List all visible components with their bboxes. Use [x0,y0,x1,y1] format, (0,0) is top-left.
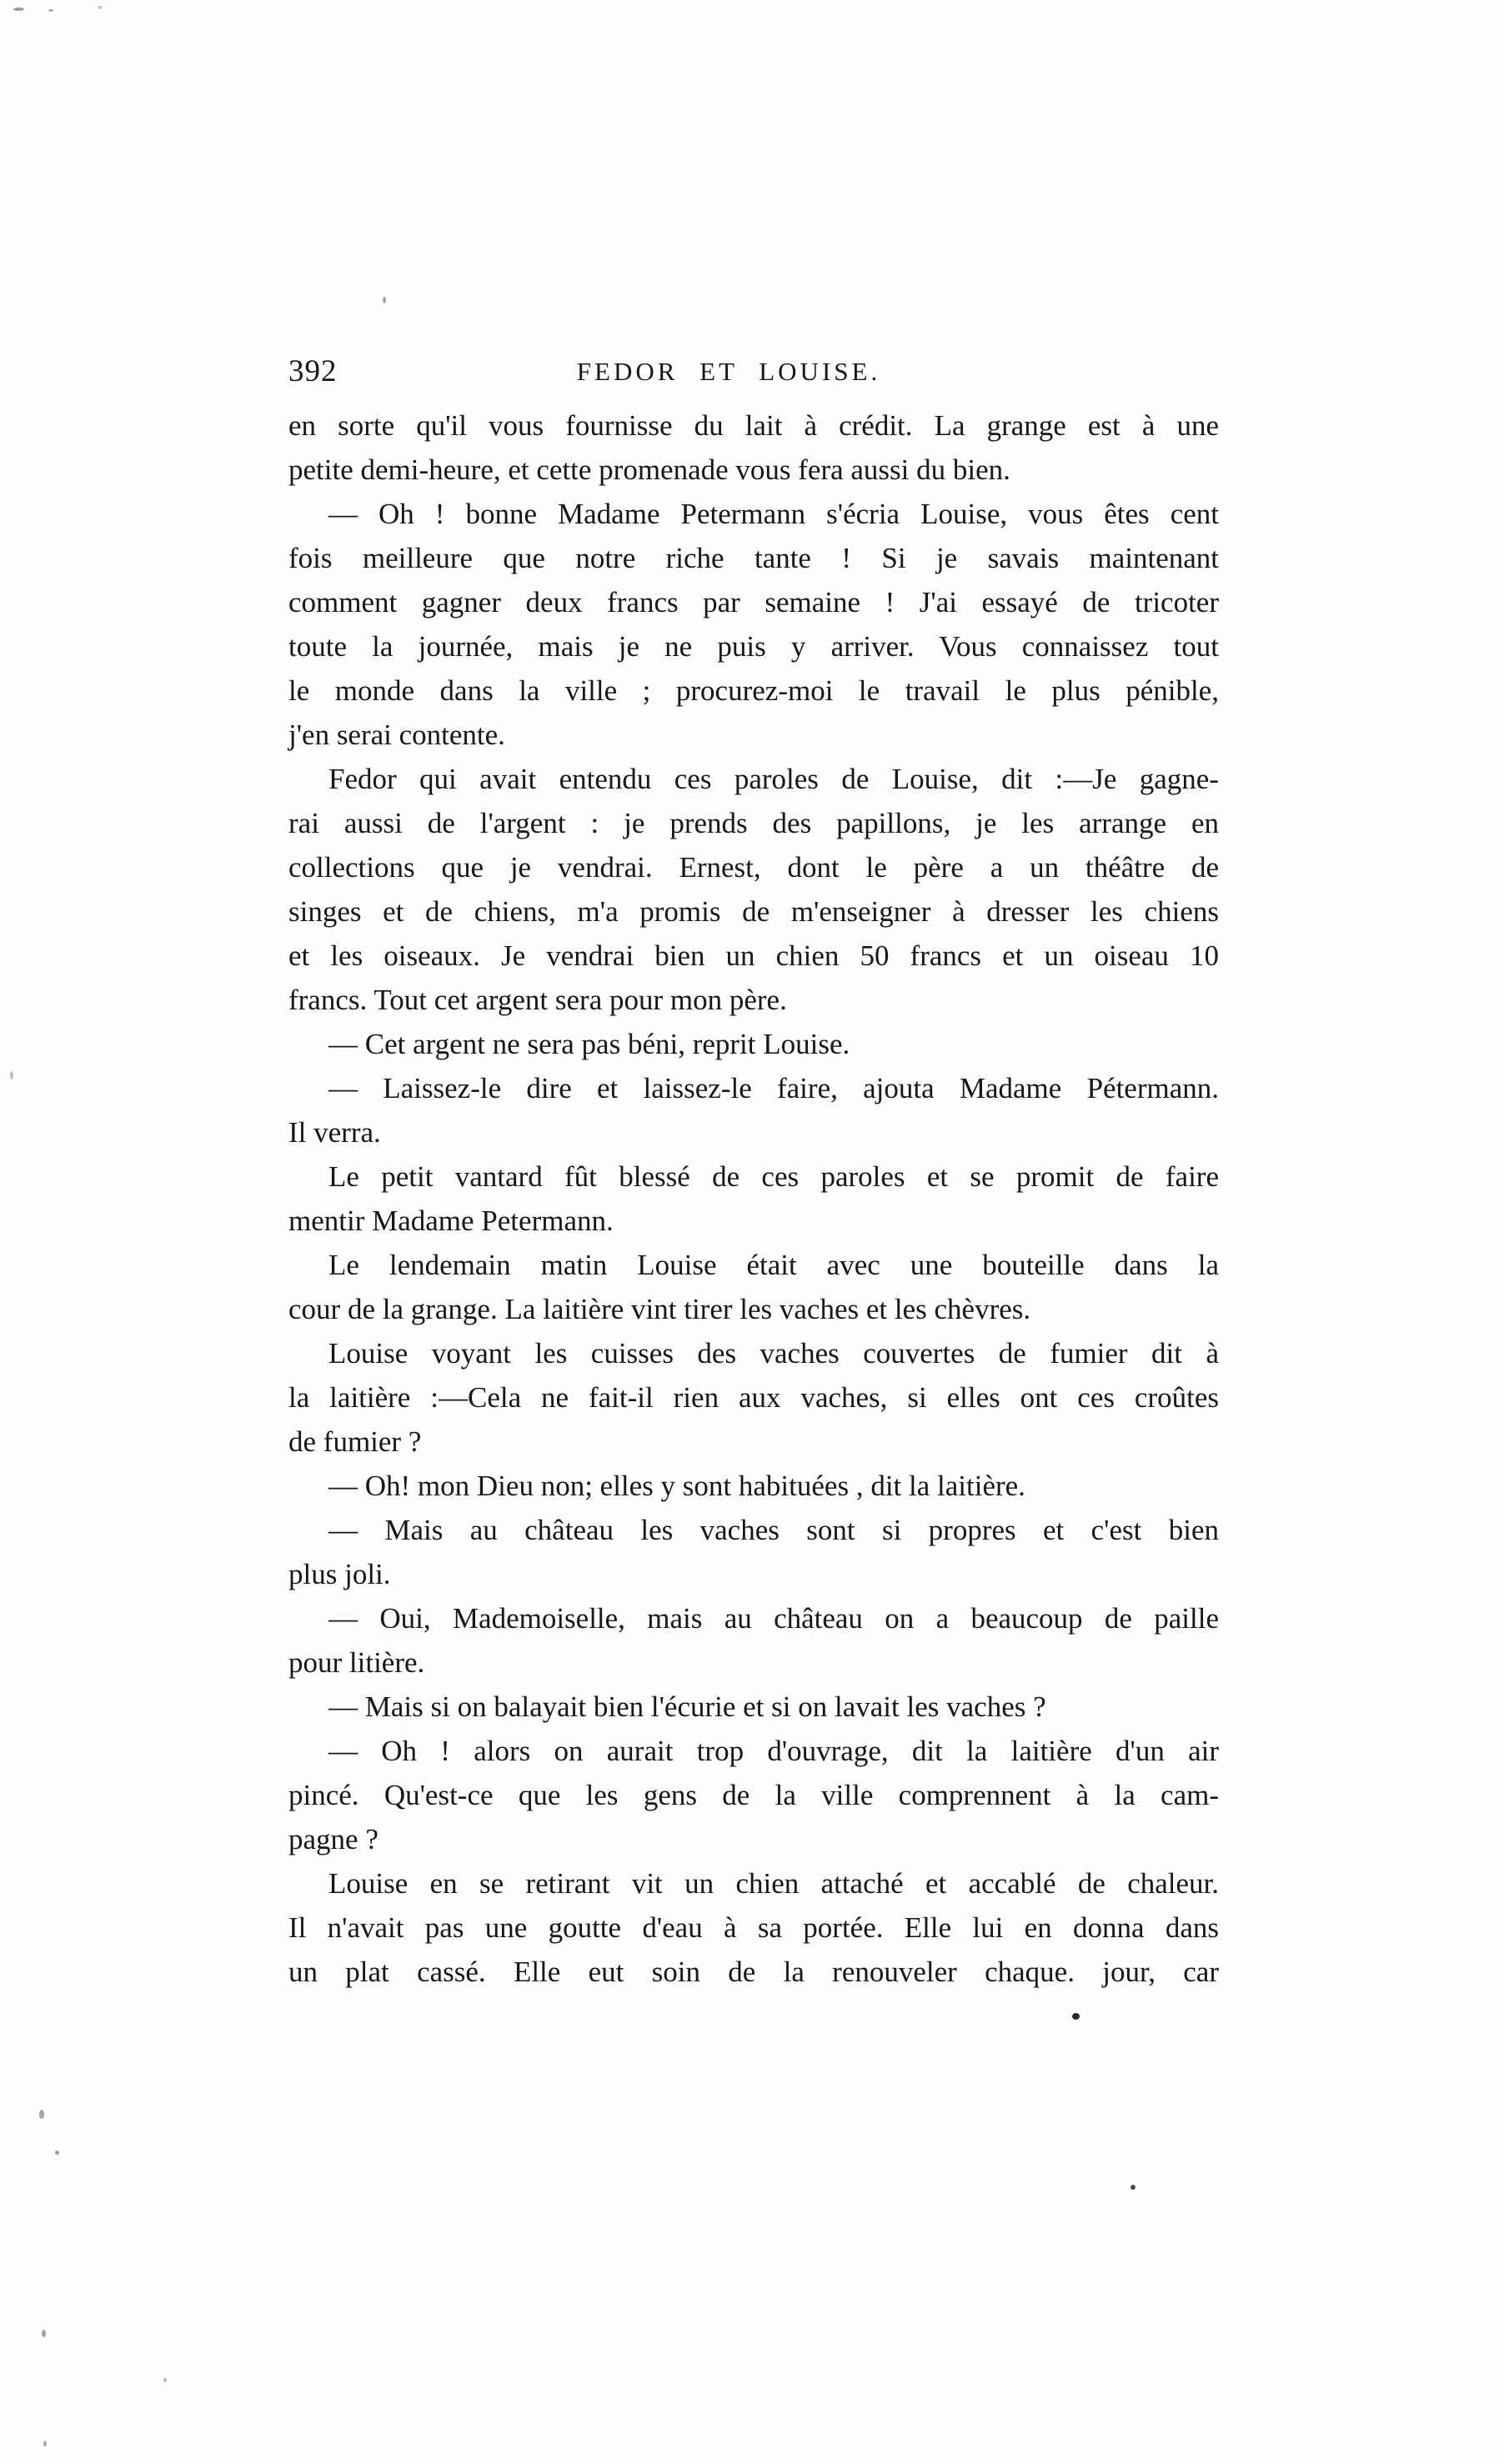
text-line: comment gagner deux francs par semaine !… [288,580,1219,624]
scan-speck [42,2330,46,2337]
text-line: collections que je vendrai. Ernest, dont… [288,845,1219,889]
text-line: pincé. Qu'est-ce que les gens de la vill… [288,1773,1219,1817]
text-line: Fedor qui avait entendu ces paroles de L… [288,757,1219,801]
body-text: en sorte qu'il vous fournisse du lait à … [288,403,1219,1994]
text-line: — Laissez-le dire et laissez-le faire, a… [288,1066,1219,1110]
page-header: 392 FEDOR ET LOUISE. [288,353,1219,393]
scan-speck [163,2378,167,2382]
text-line: fois meilleure que notre riche tante ! S… [288,536,1219,580]
text-line: pagne ? [288,1817,1219,1861]
text-line: Le petit vantard fût blessé de ces parol… [288,1154,1219,1199]
text-line: j'en serai contente. [288,713,1219,757]
scan-speck [1072,2013,1080,2020]
text-line: Il n'avait pas une goutte d'eau à sa por… [288,1906,1219,1950]
scanned-book-page: 392 FEDOR ET LOUISE. en sorte qu'il vous… [0,0,1504,2464]
text-line: — Cet argent ne sera pas béni, reprit Lo… [288,1022,1219,1066]
text-line: cour de la grange. La laitière vint tire… [288,1287,1219,1331]
scan-speck [383,297,386,303]
text-line: de fumier ? [288,1420,1219,1464]
text-line: Le lendemain matin Louise était avec une… [288,1243,1219,1287]
scan-speck [13,8,24,11]
text-line: et les oiseaux. Je vendrai bien un chien… [288,934,1219,978]
text-line: Louise en se retirant vit un chien attac… [288,1861,1219,1906]
text-line: le monde dans la ville ; procurez-moi le… [288,669,1219,713]
scan-speck [43,2441,47,2446]
scan-speck [48,9,53,12]
text-line: — Mais si on balayait bien l'écurie et s… [288,1685,1219,1729]
scan-speck [39,2110,44,2119]
scan-speck [98,6,102,9]
scan-speck [1131,2185,1136,2190]
text-line: — Oh ! bonne Madame Petermann s'écria Lo… [288,492,1219,536]
text-line: en sorte qu'il vous fournisse du lait à … [288,403,1219,448]
scan-speck [10,1071,13,1079]
text-line: petite demi-heure, et cette promenade vo… [288,448,1219,492]
text-line: — Oui, Mademoiselle, mais au château on … [288,1596,1219,1640]
text-line: francs. Tout cet argent sera pour mon pè… [288,978,1219,1022]
text-line: — Oh ! alors on aurait trop d'ouvrage, d… [288,1729,1219,1773]
text-line: mentir Madame Petermann. [288,1199,1219,1243]
text-line: — Oh! mon Dieu non; elles y sont habitué… [288,1464,1219,1508]
text-line: singes et de chiens, m'a promis de m'ens… [288,889,1219,934]
scan-speck [55,2151,59,2155]
text-line: Louise voyant les cuisses des vaches cou… [288,1331,1219,1375]
text-line: un plat cassé. Elle eut soin de la renou… [288,1950,1219,1994]
text-line: Il verra. [288,1110,1219,1154]
text-line: toute la journée, mais je ne puis y arri… [288,624,1219,669]
text-line: rai aussi de l'argent : je prends des pa… [288,801,1219,845]
text-line: la laitière :—Cela ne fait-il rien aux v… [288,1375,1219,1420]
text-line: — Mais au château les vaches sont si pro… [288,1508,1219,1552]
text-line: pour litière. [288,1640,1219,1685]
text-line: plus joli. [288,1552,1219,1596]
running-title: FEDOR ET LOUISE. [288,357,1169,387]
